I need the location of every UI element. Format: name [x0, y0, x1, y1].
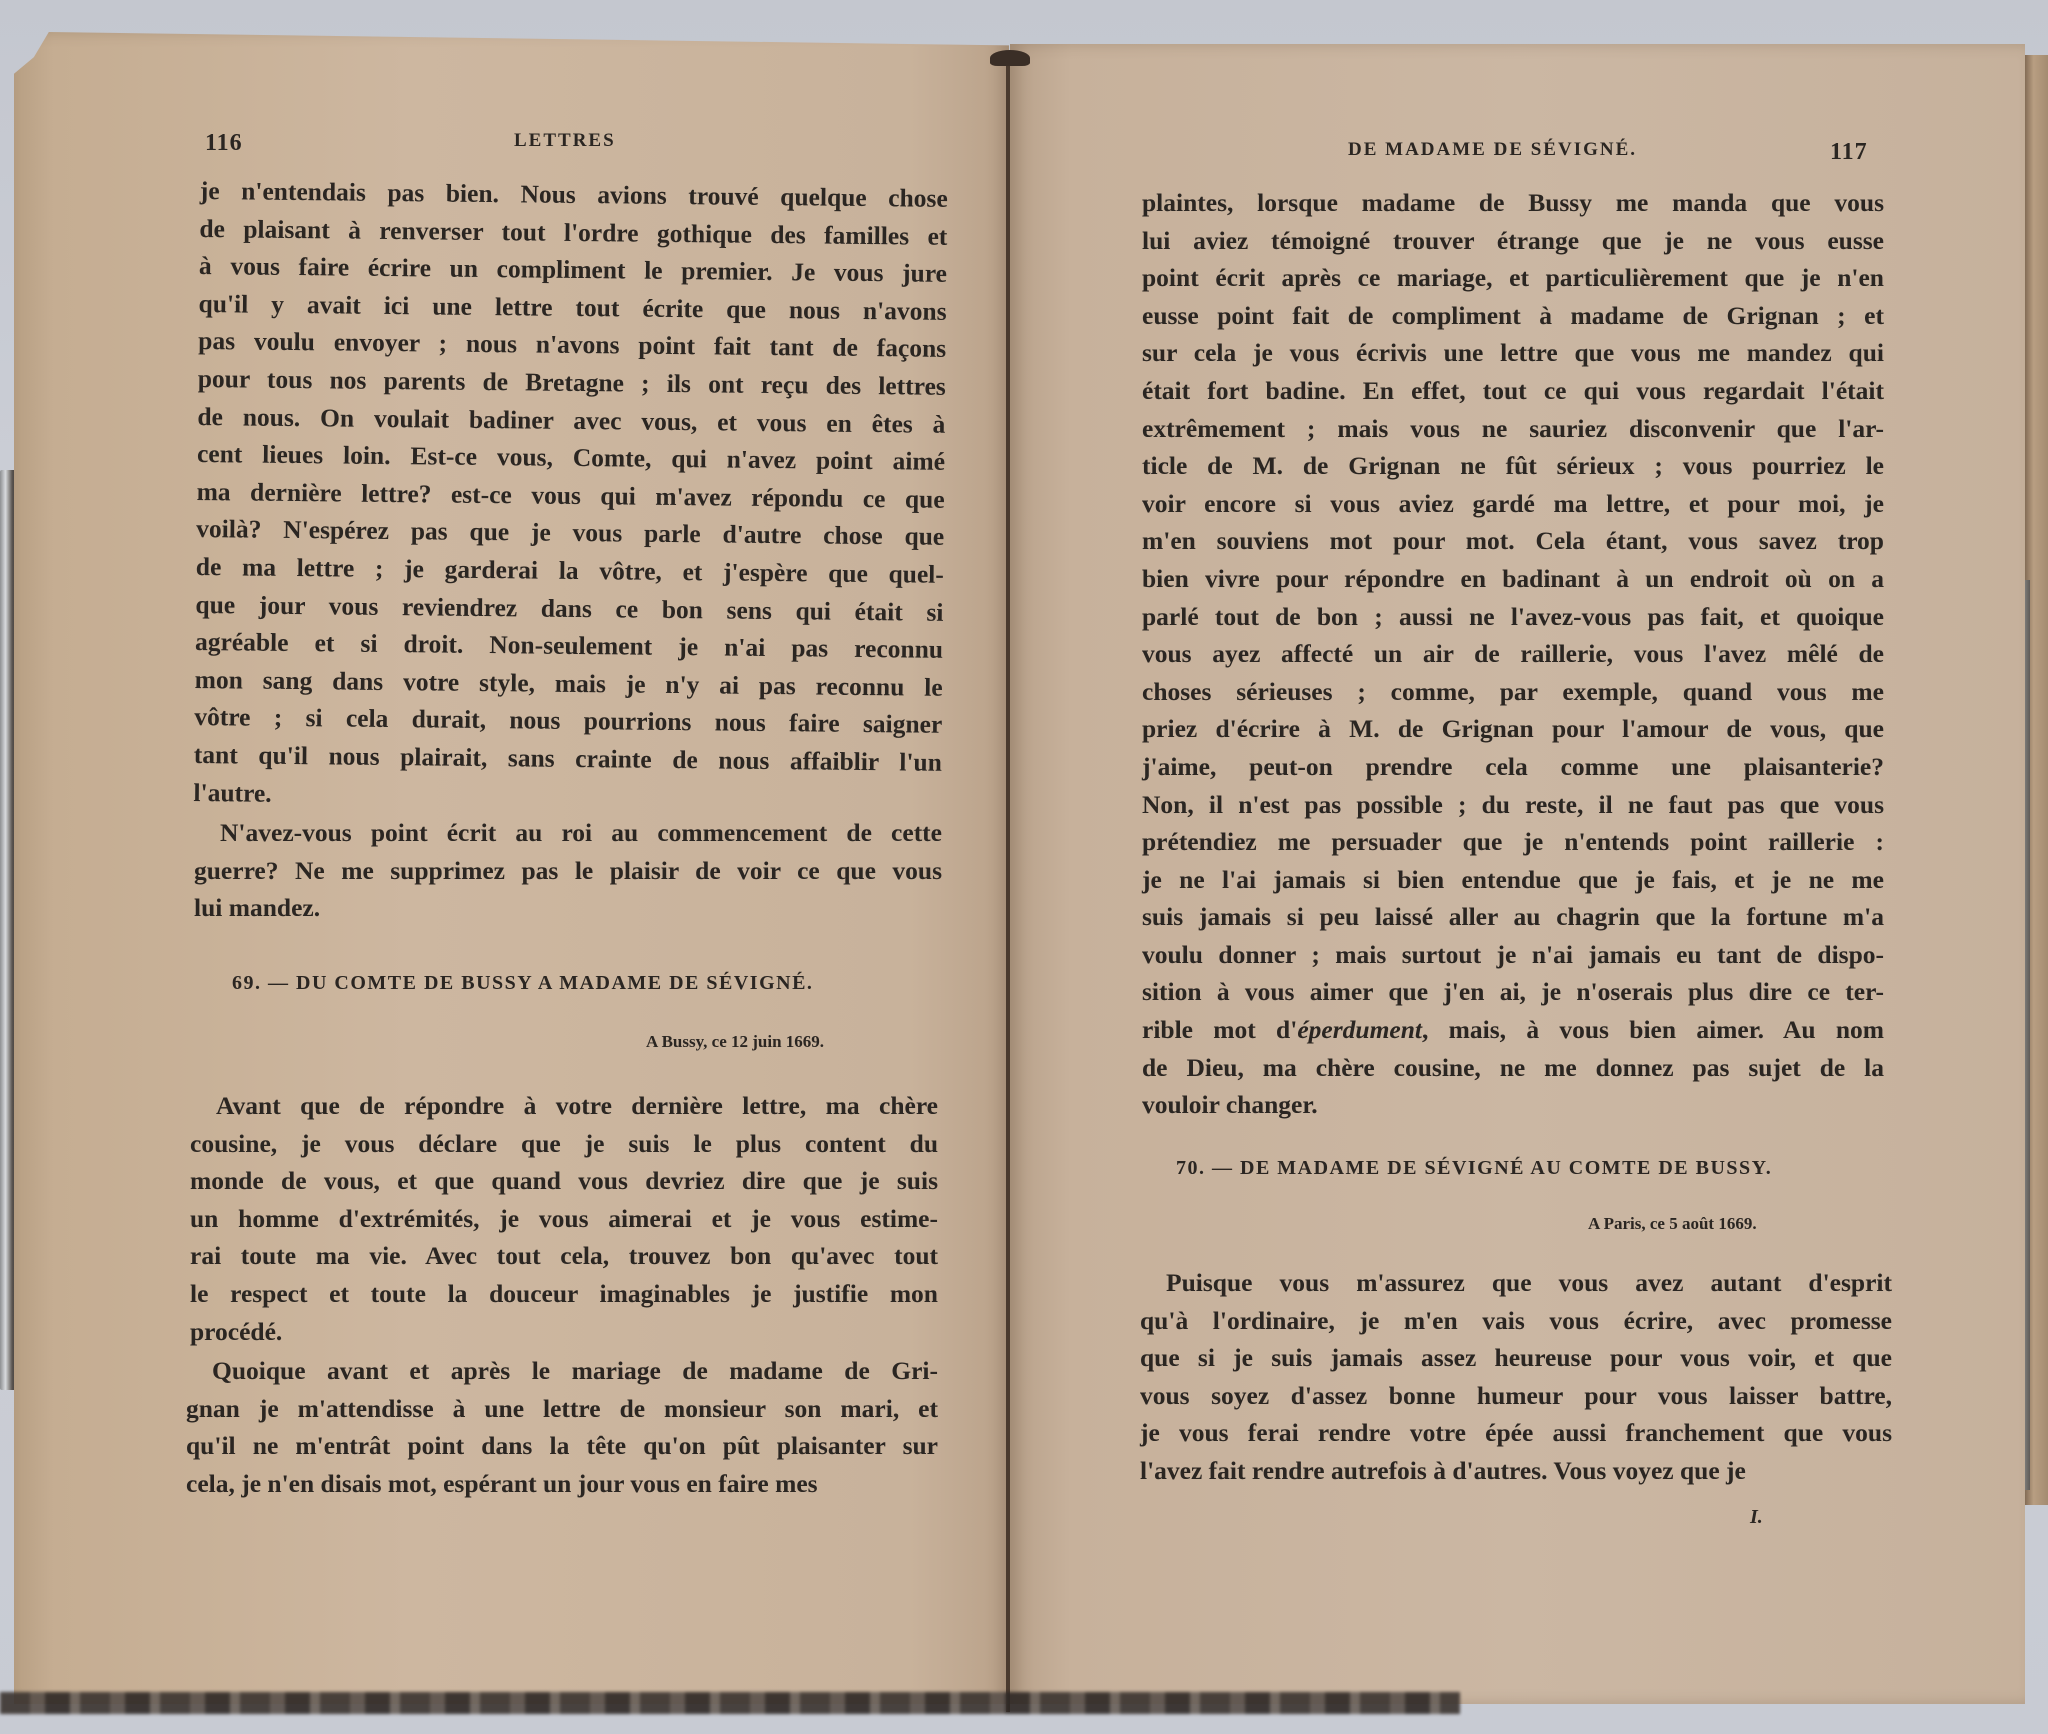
text-line: choses sérieuses ; comme, par exemple, q…	[1142, 673, 1884, 711]
text-line: procédé.	[190, 1313, 938, 1351]
book-spine	[1006, 52, 1010, 1712]
text-line: cousine, je vous déclare que je suis le …	[190, 1125, 938, 1163]
signature-mark: I.	[1750, 1506, 1763, 1529]
text-line: Puisque vous m'assurez que vous avez aut…	[1140, 1264, 1892, 1302]
paragraph: plaintes, lorsque madame de Bussy me man…	[1142, 184, 1884, 1124]
text-line: monde de vous, et que quand vous devriez…	[190, 1162, 938, 1200]
text-line: point écrit après ce mariage, et particu…	[1142, 259, 1884, 297]
text-fragment: rible mot d'	[1142, 1015, 1297, 1044]
text-line: un homme d'extrémités, je vous aimerai e…	[190, 1200, 938, 1238]
paragraph: N'avez-vous point écrit au roi au commen…	[194, 814, 942, 927]
text-line: voulu donner ; mais surtout je n'ai jama…	[1142, 936, 1884, 974]
text-line: bien vivre pour répondre en badinant à u…	[1142, 560, 1884, 598]
open-book-photo: 116 LETTRES je n'entendais pas bien. Nou…	[0, 0, 2048, 1734]
text-line: qu'il ne m'entrât point dans la tête qu'…	[186, 1427, 938, 1465]
text-line: était fort badine. En effet, tout ce qui…	[1142, 372, 1884, 410]
text-line: plaintes, lorsque madame de Bussy me man…	[1142, 184, 1884, 222]
text-line: de Dieu, ma chère cousine, ne me donnez …	[1142, 1049, 1884, 1087]
text-line: l'autre.	[193, 773, 941, 818]
text-fragment: , mais, à vous bien aimer. Au nom	[1422, 1015, 1884, 1044]
text-line: gnan je m'attendisse à une lettre de mon…	[186, 1390, 938, 1428]
text-line: voir encore si vous aviez gardé ma lettr…	[1142, 485, 1884, 523]
text-line: je vous ferai rendre votre épée aussi fr…	[1140, 1414, 1892, 1452]
letter-dateline: A Paris, ce 5 août 1669.	[1588, 1214, 1757, 1234]
text-line: ticle de M. de Grignan ne fût sérieux ; …	[1142, 447, 1884, 485]
text-line: vous ayez affecté un air de raillerie, v…	[1142, 635, 1884, 673]
text-line: Quoique avant et après le mariage de mad…	[186, 1352, 938, 1390]
text-line: cela, je n'en disais mot, espérant un jo…	[186, 1465, 938, 1503]
text-line: que si je suis jamais assez heureuse pou…	[1140, 1339, 1892, 1377]
text-line: lui aviez témoigné trouver étrange que j…	[1142, 222, 1884, 260]
running-head-right: DE MADAME DE SÉVIGNÉ.	[1348, 139, 1637, 161]
text-line: rible mot d'éperdument, mais, à vous bie…	[1142, 1011, 1884, 1049]
text-line: le respect et toute la douceur imaginabl…	[190, 1275, 938, 1313]
running-head-left: LETTRES	[514, 130, 616, 152]
spine-headband	[990, 50, 1030, 66]
text-line: je ne l'ai jamais si bien entendue que j…	[1142, 861, 1884, 899]
text-line: j'aime, peut-on prendre cela comme une p…	[1142, 748, 1884, 786]
text-line: vouloir changer.	[1142, 1086, 1884, 1124]
paragraph: Puisque vous m'assurez que vous avez aut…	[1140, 1264, 1892, 1490]
text-line: eusse point fait de compliment à madame …	[1142, 297, 1884, 335]
text-line: lui mandez.	[194, 889, 942, 927]
text-line: guerre? Ne me supprimez pas le plaisir d…	[194, 852, 942, 890]
paragraph: Quoique avant et après le mariage de mad…	[186, 1352, 938, 1502]
paragraph: je n'entendais pas bien. Nous avions tro…	[193, 172, 948, 819]
text-line: tant qu'il nous plairait, sans crainte d…	[194, 736, 942, 781]
text-line: N'avez-vous point écrit au roi au commen…	[194, 814, 942, 852]
text-line: sur cela je vous écrivis une lettre que …	[1142, 334, 1884, 372]
left-page: 116 LETTRES je n'entendais pas bien. Nou…	[14, 32, 1009, 1704]
text-line: qu'à l'ordinaire, je m'en vais vous écri…	[1140, 1302, 1892, 1340]
text-line: vous soyez d'assez bonne humeur pour vou…	[1140, 1377, 1892, 1415]
letter-heading: 69. — DU COMTE DE BUSSY A MADAME DE SÉVI…	[232, 972, 813, 995]
text-line: sition à vous aimer que j'en ai, je n'os…	[1142, 973, 1884, 1011]
italic-word: éperdument	[1297, 1015, 1422, 1044]
page-number-right: 117	[1830, 139, 1868, 166]
text-line: rai toute ma vie. Avec tout cela, trouve…	[190, 1237, 938, 1275]
book-cover-bottom-edge	[0, 1692, 1460, 1714]
text-line: priez d'écrire à M. de Grignan pour l'am…	[1142, 710, 1884, 748]
paragraph: Avant que de répondre à votre dernière l…	[190, 1087, 938, 1350]
page-number-left: 116	[205, 130, 243, 157]
text-line: prétendiez me persuader que je n'entends…	[1142, 823, 1884, 861]
text-line: Non, il n'est pas possible ; du reste, i…	[1142, 786, 1884, 824]
text-line: suis jamais si peu laissé aller au chagr…	[1142, 898, 1884, 936]
right-page: DE MADAME DE SÉVIGNÉ. 117 plaintes, lors…	[1010, 44, 2025, 1704]
text-line: m'en souviens mot pour mot. Cela étant, …	[1142, 522, 1884, 560]
letter-dateline: A Bussy, ce 12 juin 1669.	[646, 1032, 824, 1052]
text-line: parlé tout de bon ; aussi ne l'avez-vous…	[1142, 598, 1884, 636]
text-line: Avant que de répondre à votre dernière l…	[190, 1087, 938, 1125]
text-line: l'avez fait rendre autrefois à d'autres.…	[1140, 1452, 1892, 1490]
letter-heading: 70. — DE MADAME DE SÉVIGNÉ AU COMTE DE B…	[1176, 1157, 1772, 1180]
text-line: extrêmement ; mais vous ne sauriez disco…	[1142, 410, 1884, 448]
